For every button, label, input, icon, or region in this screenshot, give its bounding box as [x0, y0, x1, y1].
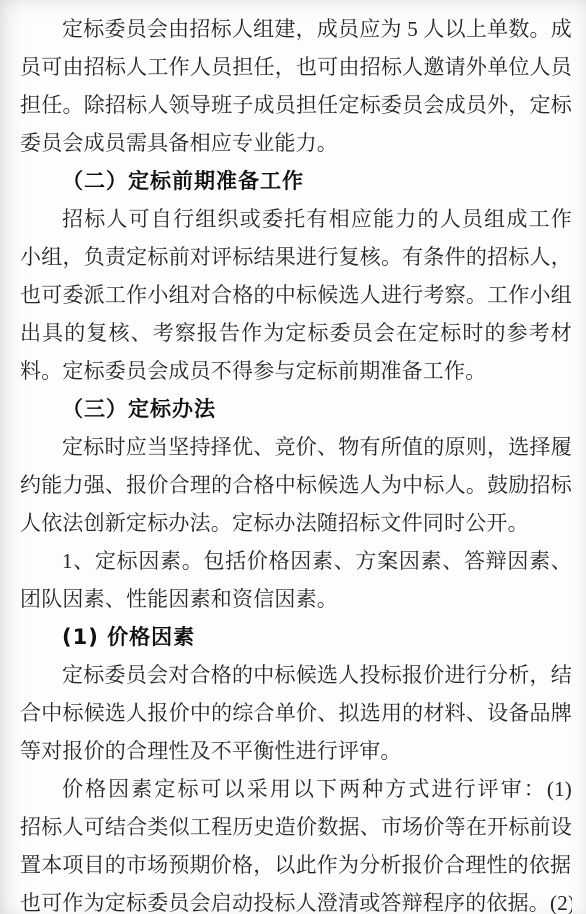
text-line: 置本项目的市场预期价格，以此作为分析报价合理性的依据，	[20, 846, 572, 884]
text-line: 招标人可结合类似工程历史造价数据、市场价等在开标前设	[20, 808, 572, 846]
document-content: 定标委员会由招标人组建，成员应为 5 人以上单数。成员可由招标人工作人员担任，也…	[20, 10, 572, 914]
text-line: 出具的复核、考察报告作为定标委员会在定标时的参考材	[20, 314, 572, 352]
text-line: 合中标候选人报价中的综合单价、拟选用的材料、设备品牌	[20, 694, 572, 732]
text-line: 定标时应当坚持择优、竞价、物有所值的原则，选择履	[20, 428, 572, 466]
text-line: 也可作为定标委员会启动投标人澄清或答辩程序的依据。(2)	[20, 884, 572, 914]
text-line: 等对报价的合理性及不平衡性进行评审。	[20, 732, 572, 770]
heading-section-2-preparation: （二）定标前期准备工作	[20, 162, 572, 200]
document-page: 定标委员会由招标人组建，成员应为 5 人以上单数。成员可由招标人工作人员担任，也…	[0, 0, 586, 914]
text-line: 担任。除招标人领导班子成员担任定标委员会成员外，定标	[20, 86, 572, 124]
heading-price-factor: (1) 价格因素	[20, 618, 572, 656]
text-line: 1、定标因素。包括价格因素、方案因素、答辩因素、	[20, 542, 572, 580]
text-line: 定标委员会对合格的中标候选人投标报价进行分析，结	[20, 656, 572, 694]
text-line: 料。定标委员会成员不得参与定标前期准备工作。	[20, 352, 572, 390]
text-line: 人依法创新定标办法。定标办法随招标文件同时公开。	[20, 504, 572, 542]
text-line: 员可由招标人工作人员担任，也可由招标人邀请外单位人员	[20, 48, 572, 86]
text-line: 定标委员会由招标人组建，成员应为 5 人以上单数。成	[20, 10, 572, 48]
text-line: 小组，负责定标前对评标结果进行复核。有条件的招标人，	[20, 238, 572, 276]
text-line: 也可委派工作小组对合格的中标候选人进行考察。工作小组	[20, 276, 572, 314]
text-line: 价格因素定标可以采用以下两种方式进行评审：(1)	[20, 770, 572, 808]
text-line: 约能力强、报价合理的合格中标候选人为中标人。鼓励招标	[20, 466, 572, 504]
heading-section-3-method: （三）定标办法	[20, 390, 572, 428]
text-line: 委员会成员需具备相应专业能力。	[20, 124, 572, 162]
text-line: 团队因素、性能因素和资信因素。	[20, 580, 572, 618]
text-line: 招标人可自行组织或委托有相应能力的人员组成工作	[20, 200, 572, 238]
